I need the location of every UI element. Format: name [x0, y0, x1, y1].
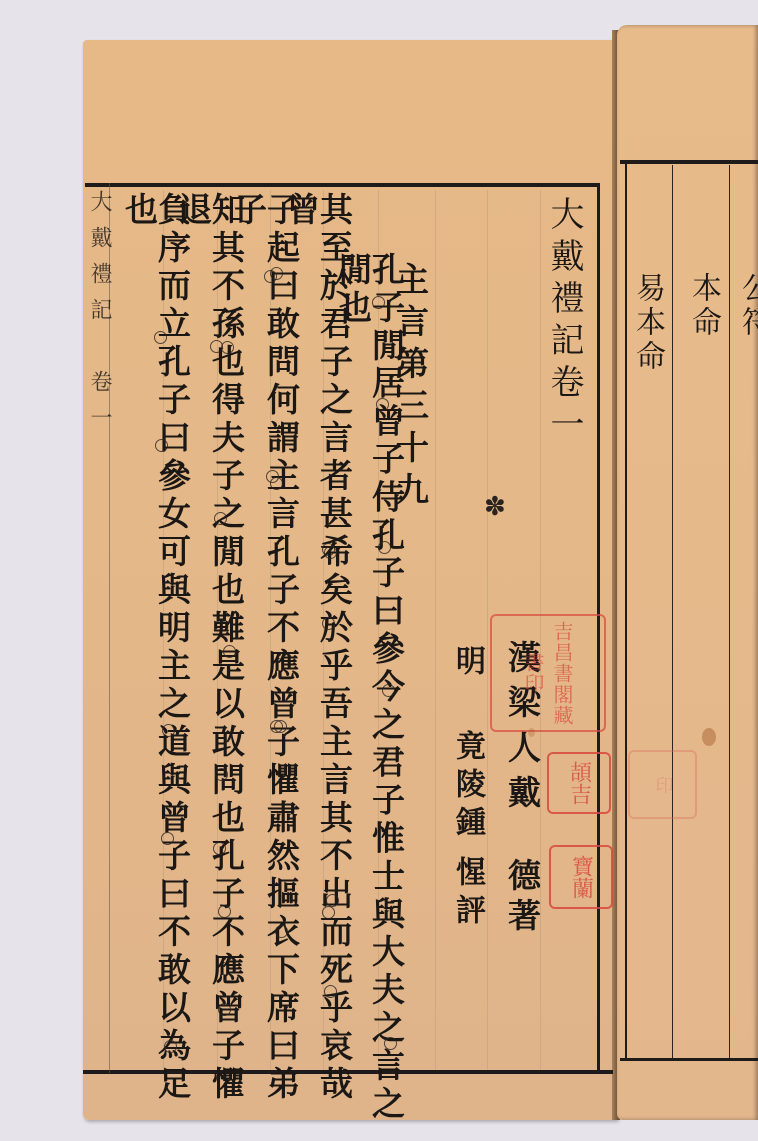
punctuation-circle [155, 439, 168, 452]
right-page [617, 25, 758, 1120]
punctuation-circle [266, 470, 279, 483]
punctuation-circle [218, 1003, 231, 1016]
right-column-rule [729, 165, 730, 1058]
column-rule [435, 190, 436, 1070]
punctuation-circle [376, 398, 389, 411]
punctuation-circle [322, 617, 335, 630]
punctuation-circle [154, 331, 167, 344]
collector-seal-square-2: 寶蘭 [549, 845, 613, 909]
punctuation-circle [384, 1037, 397, 1050]
punctuation-circle [372, 296, 385, 309]
volume-title: 大戴禮記卷一 [547, 196, 581, 448]
collector-seal-square-1: 頡吉 [547, 752, 611, 814]
right-page-column-1: 本命 [688, 272, 718, 340]
punctuation-circle [164, 1040, 177, 1053]
commentator-dynasty: 明 [452, 645, 482, 679]
punctuation-circle [218, 905, 231, 918]
punctuation-circle [322, 906, 335, 919]
punctuation-circle [378, 541, 391, 554]
paper-stain [702, 728, 716, 746]
punctuation-circle [275, 925, 288, 938]
punctuation-circle [324, 546, 337, 559]
collector-seal-large: 吉昌書閣藏書印 [490, 614, 606, 732]
ink-blemish: ✽ [484, 492, 506, 522]
faint-seal-offset: 印 [628, 750, 697, 819]
spine-edge-text: 大戴禮記 卷一 [84, 190, 115, 442]
commentator-name: 竟陵鍾 [452, 730, 482, 844]
paper-stain [528, 728, 535, 737]
right-frame-bottom [620, 1058, 758, 1061]
right-page-column-3: 公符 [738, 272, 758, 340]
punctuation-circle [223, 645, 236, 658]
punctuation-circle [264, 270, 277, 283]
commentator-suffix: 惺評 [452, 856, 482, 932]
punctuation-circle [382, 684, 395, 697]
punctuation-circle [215, 768, 228, 781]
author-suffix: 德著 [506, 858, 539, 938]
punctuation-circle [214, 512, 227, 525]
punctuation-circle [221, 341, 234, 354]
punctuation-circle [270, 720, 283, 733]
right-column-rule [672, 165, 673, 1058]
frame-top-border [85, 183, 600, 187]
right-page-column-2: 易本命 [632, 272, 662, 374]
punctuation-circle [161, 832, 174, 845]
punctuation-circle [324, 985, 337, 998]
right-frame-left [625, 160, 627, 1060]
punctuation-circle [210, 340, 223, 353]
punctuation-circle [162, 724, 175, 737]
punctuation-circle [213, 842, 226, 855]
punctuation-circle [326, 894, 339, 907]
column-rule [487, 190, 488, 1070]
right-frame-top [620, 160, 758, 164]
